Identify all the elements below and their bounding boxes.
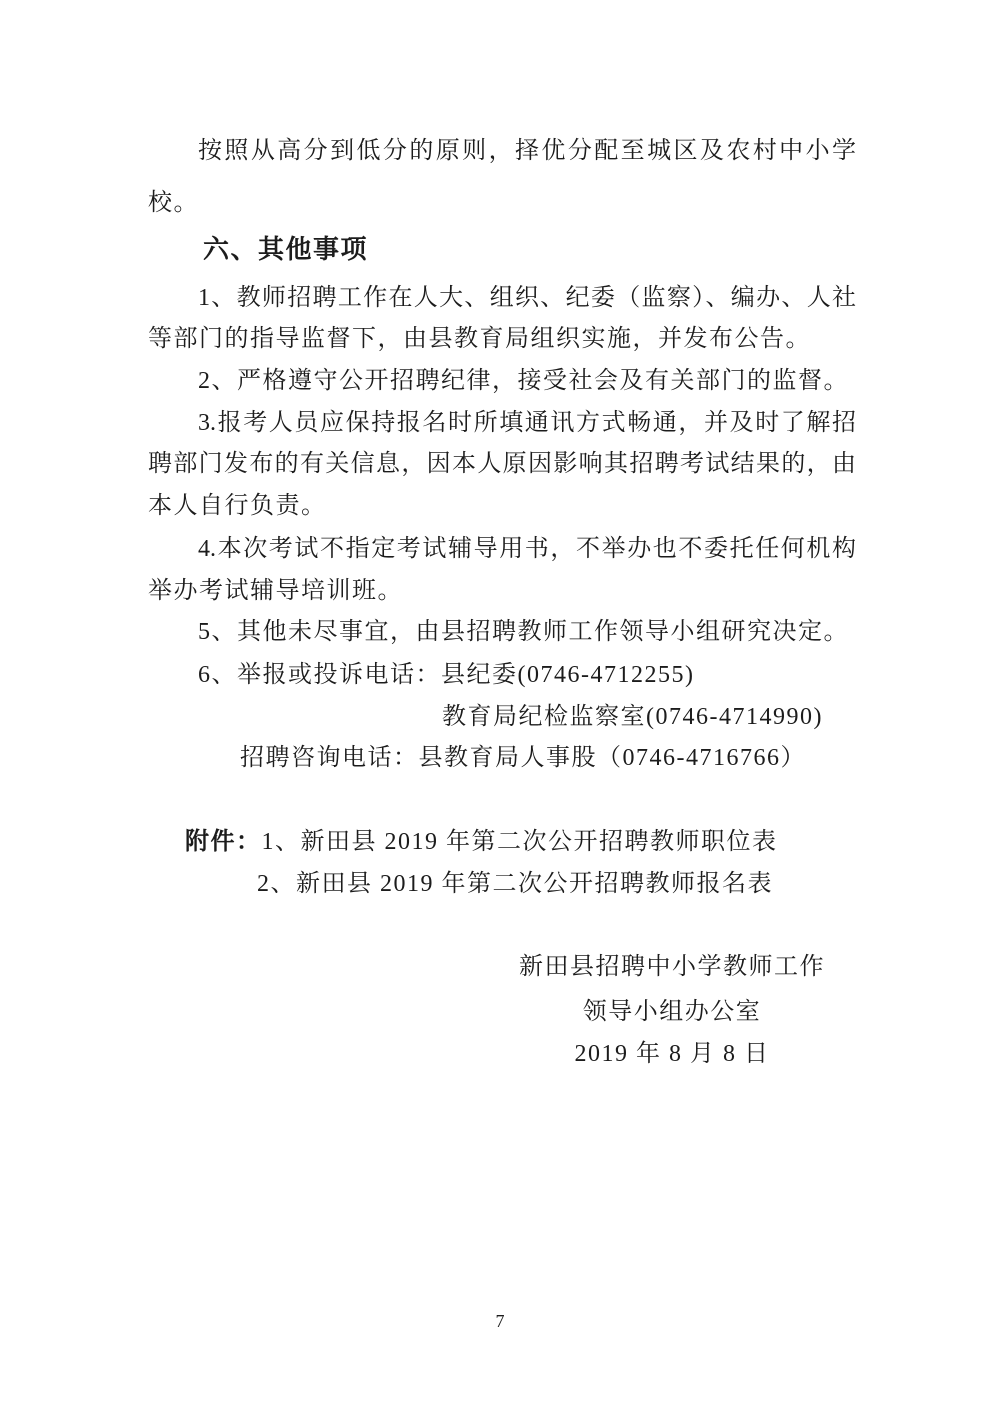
- item-4-line-1: 4.本次考试不指定考试辅导用书，不举办也不委托任何机构: [148, 534, 856, 564]
- item-4-line-2: 举办考试辅导培训班。: [148, 576, 403, 606]
- item-6-line-1: 6、举报或投诉电话：县纪委(0746-4712255): [198, 660, 694, 690]
- signature-org-line-2: 领导小组办公室: [462, 997, 882, 1027]
- item-1-line-2: 等部门的指导监督下，由县教育局组织实施，并发布公告。: [148, 324, 811, 354]
- attachment-line-1: 附件：1、新田县 2019 年第二次公开招聘教师职位表: [185, 827, 778, 857]
- item-2-line: 2、严格遵守公开招聘纪律，接受社会及有关部门的监督。: [198, 366, 849, 396]
- intro-line-2: 校。: [148, 188, 199, 218]
- item-6-line-2: 教育局纪检监察室(0746-4714990): [442, 702, 823, 732]
- item-3-line-3: 本人自行负责。: [148, 491, 327, 521]
- section-heading: 六、其他事项: [203, 234, 368, 264]
- document-page: 按照从高分到低分的原则，择优分配至城区及农村中小学 校。 六、其他事项 1、教师…: [0, 0, 1000, 1415]
- item-5-line: 5、其他未尽事宜，由县招聘教师工作领导小组研究决定。: [198, 617, 849, 647]
- intro-line-1: 按照从高分到低分的原则，择优分配至城区及农村中小学: [148, 136, 856, 166]
- signature-org-line-1: 新田县招聘中小学教师工作: [462, 952, 882, 982]
- attachment-item-1: 1、新田县 2019 年第二次公开招聘教师职位表: [262, 829, 778, 855]
- attachment-label: 附件：: [185, 828, 262, 855]
- page-number: 7: [0, 1306, 1000, 1336]
- signature-date: 2019 年 8 月 8 日: [462, 1039, 882, 1069]
- item-3-line-2: 聘部门发布的有关信息，因本人原因影响其招聘考试结果的，由: [148, 449, 856, 479]
- attachment-item-2: 2、新田县 2019 年第二次公开招聘教师报名表: [257, 869, 773, 899]
- item-1-line-1: 1、教师招聘工作在人大、组织、纪委（监察）、编办、人社: [148, 283, 856, 313]
- item-6-line-3: 招聘咨询电话：县教育局人事股（0746-4716766）: [240, 743, 806, 773]
- item-3-line-1: 3.报考人员应保持报名时所填通讯方式畅通，并及时了解招: [148, 408, 856, 438]
